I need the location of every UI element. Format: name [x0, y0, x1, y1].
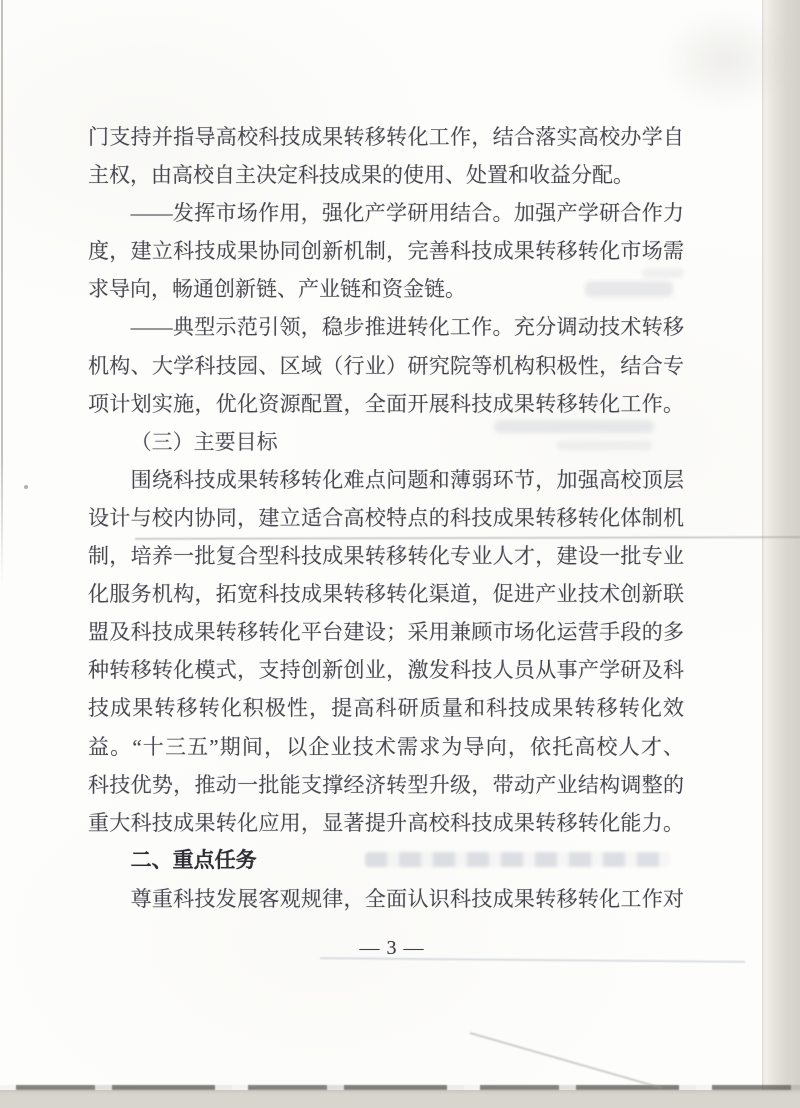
doc-line: 技成果转移转化积极性，提高科研质量和科技成果转移转化效: [88, 689, 684, 727]
doc-line: 种转移转化模式，支持创新创业，激发科技人员从事产学研及科: [88, 651, 684, 689]
doc-line: 制，培养一批复合型科技成果转移转化专业人才，建设一批专业: [88, 537, 684, 575]
paper-crease: [470, 1032, 663, 1089]
doc-line: ——发挥市场作用，强化产学研用结合。加强产学研合作力: [88, 194, 684, 232]
doc-line: 化服务机构，拓宽科技成果转移转化渠道，促进产业技术创新联: [88, 575, 684, 613]
doc-line: 科技优势，推动一批能支撑经济转型升级，带动产业结构调整的: [88, 766, 684, 804]
doc-line: 设计与校内协同，建立适合高校特点的科技成果转移转化体制机: [88, 499, 684, 537]
doc-line: 尊重科技发展客观规律，全面认识科技成果转移转化工作对: [88, 880, 684, 918]
doc-line: 机构、大学科技园、区域（行业）研究院等机构积极性，结合专: [88, 347, 684, 385]
scan-edge-bottom-line: [0, 1085, 800, 1090]
scan-edge-left-line: [1, 0, 3, 585]
scan-edge-bottom-band: [0, 1090, 800, 1108]
doc-line: 门支持并指导高校科技成果转移转化工作，结合落实高校办学自: [88, 118, 684, 156]
section-heading: 二、重点任务: [88, 842, 684, 880]
document-text-block: 门支持并指导高校科技成果转移转化工作，结合落实高校办学自 主权，由高校自主决定科…: [88, 118, 684, 918]
doc-line: 益。“十三五”期间，以企业技术需求为导向，依托高校人才、: [88, 728, 684, 766]
page-number: — 3 —: [0, 937, 784, 960]
doc-line: 主权，由高校自主决定科技成果的使用、处置和收益分配。: [88, 156, 684, 194]
scanned-document-page: { "colors": { "paper": "#fdfdfb", "ink":…: [0, 0, 800, 1108]
doc-line: ——典型示范引领，稳步推进转化工作。充分调动技术转移: [88, 308, 684, 346]
doc-line: 围绕科技成果转移转化难点问题和薄弱环节，加强高校顶层: [88, 461, 684, 499]
doc-line: 项计划实施，优化资源配置，全面开展科技成果转移转化工作。: [88, 385, 684, 423]
doc-line: 度，建立科技成果协同创新机制，完善科技成果转移转化市场需: [88, 232, 684, 270]
doc-line: 重大科技成果转化应用，显著提升高校科技成果转移转化能力。: [88, 804, 684, 842]
doc-line: 盟及科技成果转移转化平台建设；采用兼顾市场化运营手段的多: [88, 613, 684, 651]
scan-speck: [24, 485, 28, 489]
doc-line: 求导向，畅通创新链、产业链和资金链。: [88, 270, 684, 308]
subsection-heading: （三）主要目标: [88, 423, 684, 461]
